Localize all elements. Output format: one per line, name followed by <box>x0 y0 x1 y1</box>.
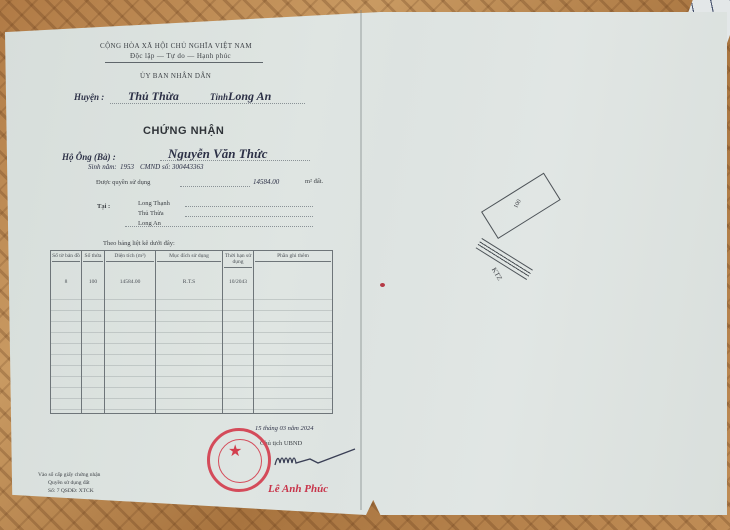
id-label: CMND số: <box>140 163 171 171</box>
cell-area: 14584.00 <box>105 277 156 289</box>
district-value: Thủ Thừa <box>128 89 179 104</box>
area-value: 14584.00 <box>253 178 279 186</box>
official-red-seal: ★ <box>207 428 271 492</box>
id-number: 300443363 <box>172 163 204 171</box>
table-row: 8 100 14584.00 R.T.S 10/2043 <box>51 277 333 289</box>
registry-line-1: Vào sổ cấp giấy chứng nhận <box>38 472 100 478</box>
registry-number: Số: 7 QSDĐ: XTCK <box>48 488 94 494</box>
header-purpose: Mục đích sử dụng <box>156 251 223 278</box>
header-underline <box>105 62 263 63</box>
birth-year: 1953 <box>120 163 134 171</box>
table-intro: Theo bảng liệt kê dưới đây: <box>103 240 175 247</box>
certificate-title: CHỨNG NHẬN <box>143 125 224 137</box>
right-dotted-line <box>180 186 250 187</box>
district-label: Huyện : <box>74 92 104 102</box>
handwritten-signature <box>270 445 360 475</box>
location-commune: Long Thạnh <box>138 200 170 207</box>
right-label: Được quyền sử dụng <box>96 179 150 186</box>
cell-term: 10/2043 <box>223 277 254 289</box>
location-dotted-line-2 <box>185 216 313 217</box>
location-dotted-line-1 <box>185 206 313 207</box>
header-notes: Phần ghi thêm <box>254 251 333 278</box>
province-value: Long An <box>228 89 271 104</box>
cell-notes <box>254 277 333 289</box>
land-parcel-table: Số tờ bản đồ Số thửa Diện tích (m²) Mục … <box>50 250 333 414</box>
holder-dotted-line <box>160 160 310 161</box>
location-dotted-line-3 <box>125 226 313 227</box>
header-map-sheet: Số tờ bản đồ <box>51 251 82 278</box>
parcel-sketch-label: 100 <box>513 199 523 210</box>
nation-heading: CỘNG HÒA XÃ HỘI CHỦ NGHĨA VIỆT NAM <box>100 42 252 50</box>
signer-name: Lê Anh Phúc <box>268 483 328 495</box>
header-parcel-number: Số thửa <box>82 251 105 278</box>
location-district: Thủ Thừa <box>138 210 164 217</box>
red-ink-mark <box>380 283 385 287</box>
cell-map-sheet: 8 <box>51 277 82 289</box>
sign-date: 15 tháng 03 năm 2024 <box>255 425 314 432</box>
header-area: Diện tích (m²) <box>105 251 156 278</box>
registry-line-2: Quyền sử dụng đất <box>48 480 90 486</box>
cell-purpose: R.T.S <box>156 277 223 289</box>
table-empty-rows <box>51 289 333 414</box>
location-label: Tại : <box>97 203 110 210</box>
holder-label: Hộ Ông (Bà) : <box>62 152 116 162</box>
cell-parcel-number: 100 <box>82 277 105 289</box>
header-term: Thời hạn sử dụng <box>223 251 254 278</box>
page-fold-line <box>360 10 362 510</box>
province-label: Tỉnh <box>210 92 228 102</box>
header-dotted-line <box>110 103 305 104</box>
issuer-heading: ỦY BAN NHÂN DÂN <box>140 72 211 80</box>
area-unit: m² đất. <box>305 178 323 185</box>
birth-label: Sinh năm: <box>88 163 117 171</box>
motto: Độc lập — Tự do — Hạnh phúc <box>130 52 231 60</box>
seal-star-icon: ★ <box>228 441 242 461</box>
